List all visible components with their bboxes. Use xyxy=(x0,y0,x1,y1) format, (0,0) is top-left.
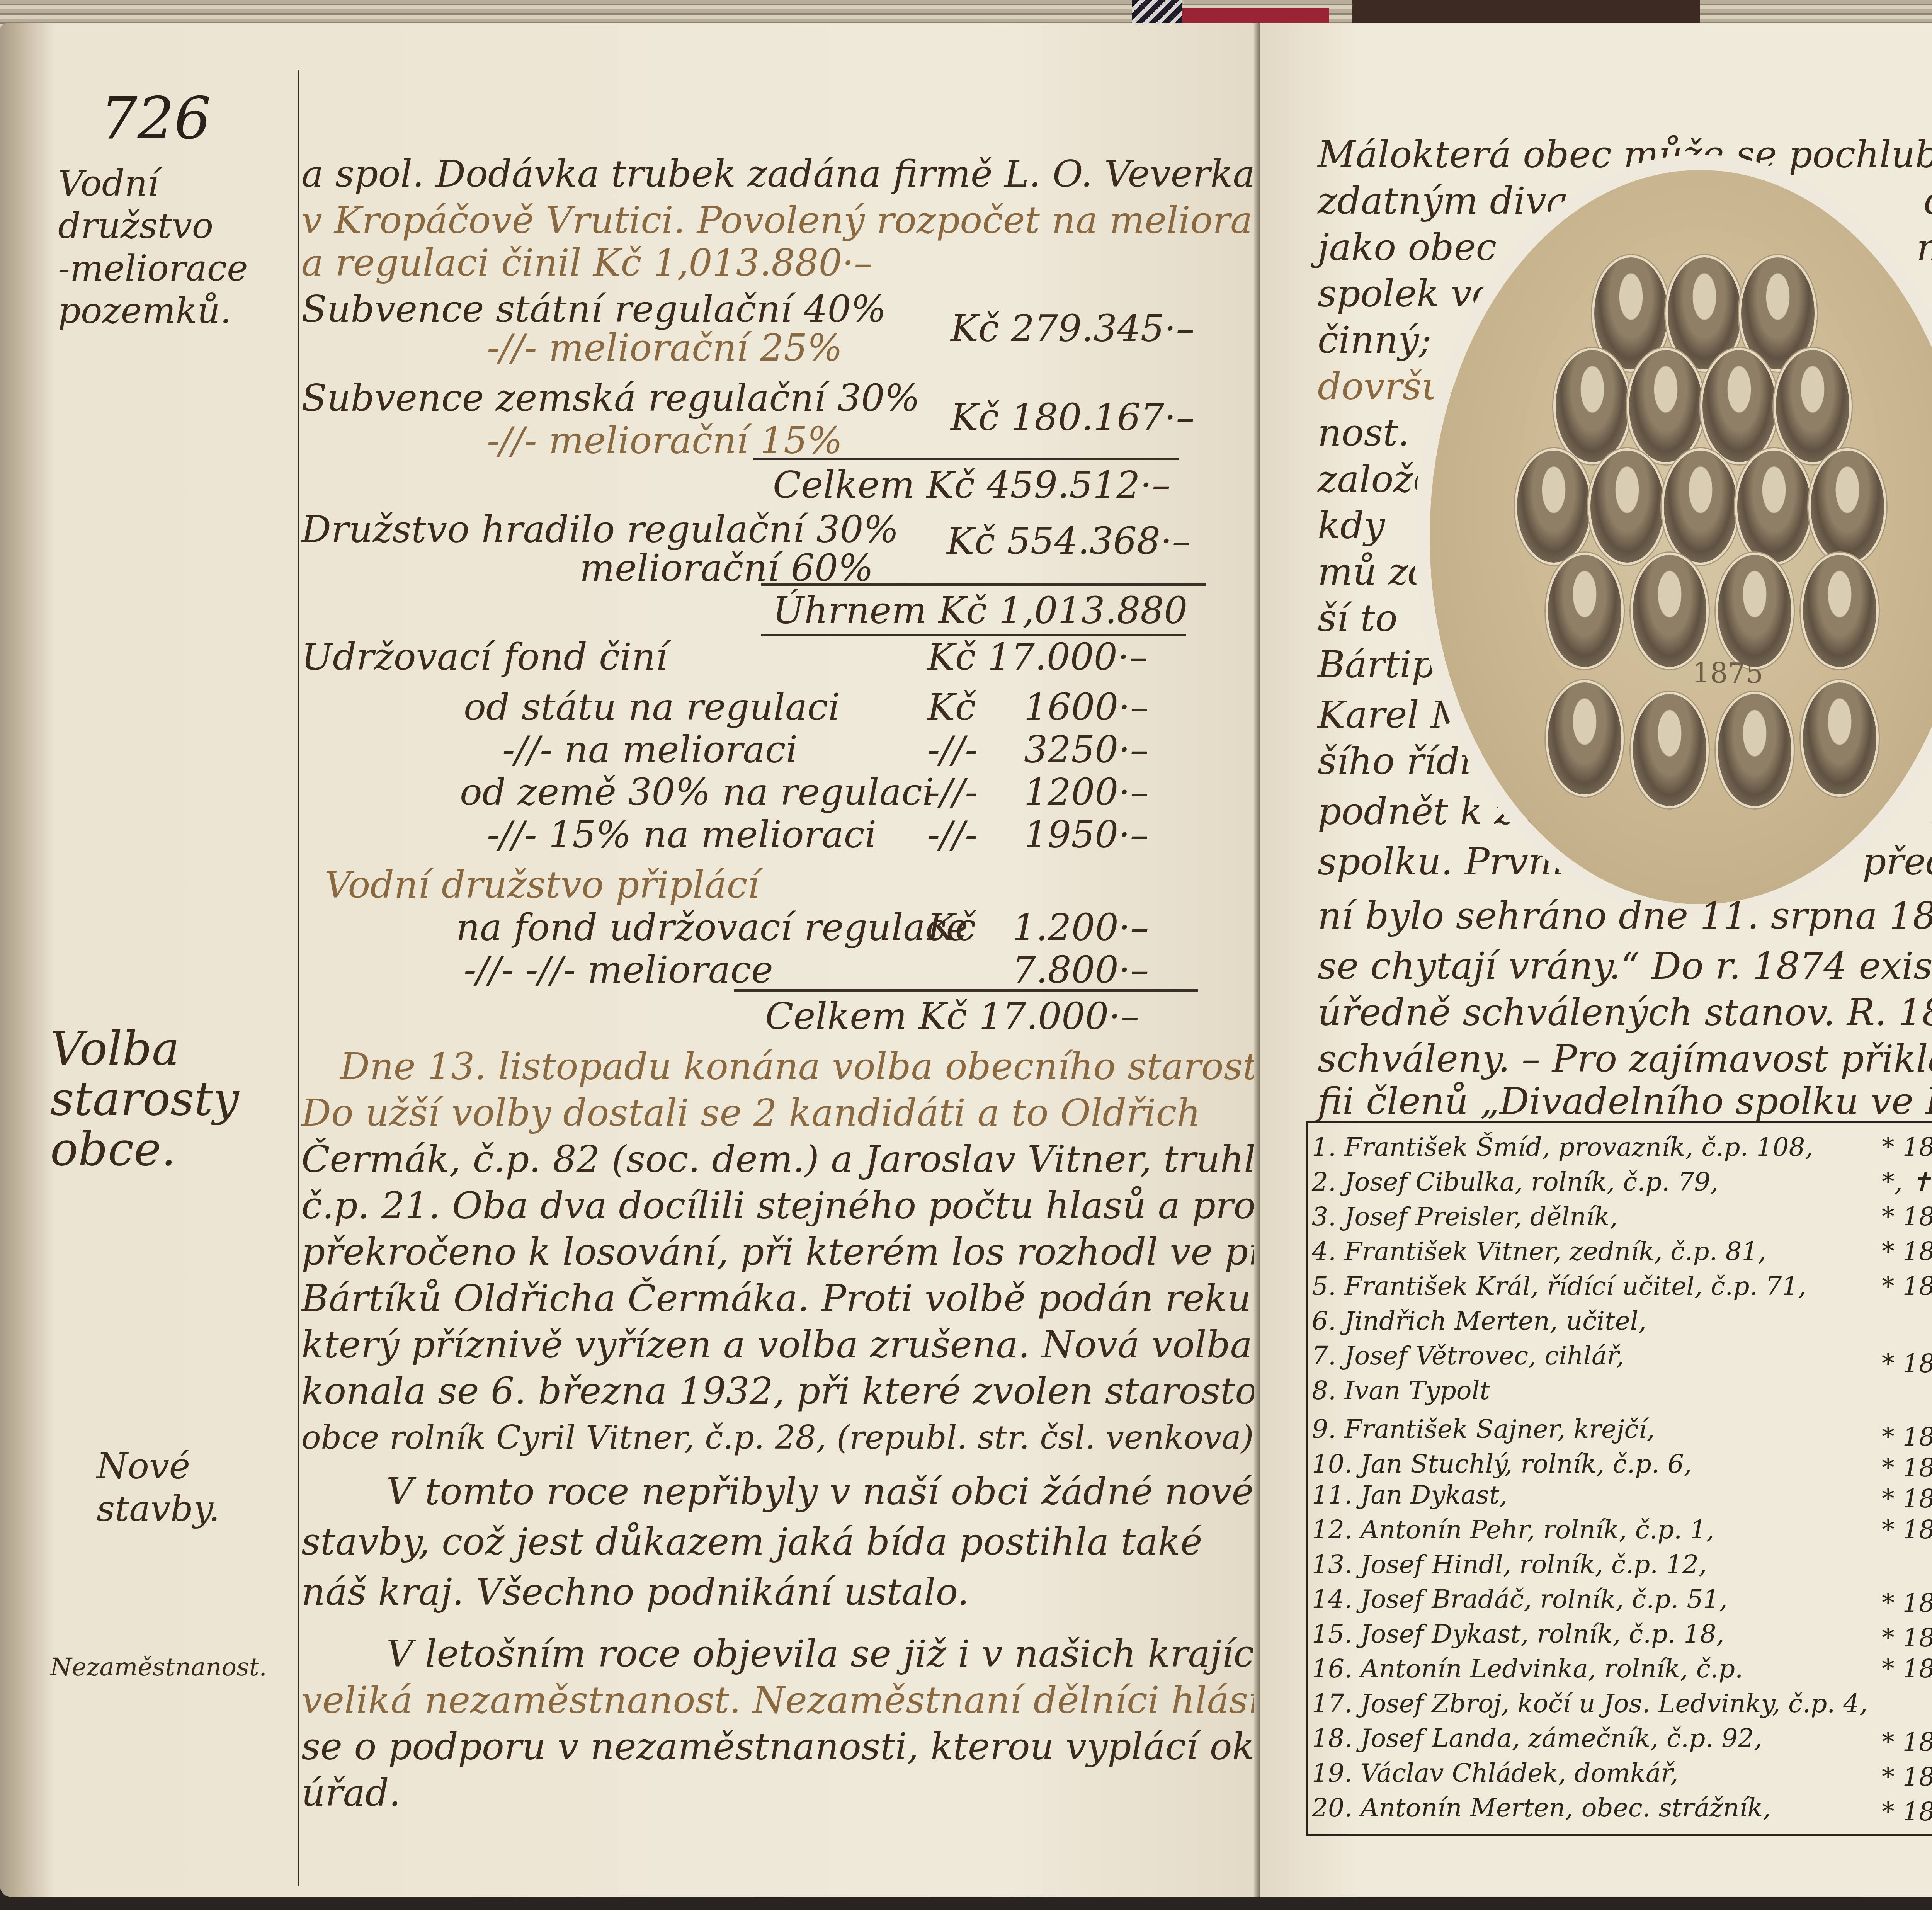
fund-row-value: 1950·– xyxy=(1024,811,1149,858)
text-line: fii členů „Divadelního spolku ve Hředlíc… xyxy=(1318,1078,1932,1124)
portrait-12 xyxy=(1808,448,1886,565)
text-line: Subvence zemská regulační 30% xyxy=(301,375,920,421)
member-entry: Josef Větrovec, cihlář, xyxy=(1344,1341,1624,1371)
table-row: 6. Jindřich Merten, učitel, xyxy=(1312,1306,1646,1336)
text-line: spolku. První xyxy=(1318,838,1564,885)
text-line: který příznivě vyřízen a volba zrušena. … xyxy=(301,1322,1252,1368)
born-year: * xyxy=(1882,1167,1895,1197)
table-row: 17. Josef Zbroj, kočí u Jos. Ledvinky, č… xyxy=(1312,1689,1867,1718)
text-line: spolek ve xyxy=(1318,270,1494,317)
member-entry: Josef Zbroj, kočí u Jos. Ledvinky, č.p. … xyxy=(1361,1689,1867,1718)
text-line: Vodní družstvo připlácí xyxy=(325,862,759,908)
text-line: zdatným diva- xyxy=(1318,178,1581,224)
text-line: Bártíků Oldřicha Čermáka. Proti volbě po… xyxy=(301,1275,1299,1322)
born-year: * 1838 xyxy=(1882,1762,1932,1792)
table-row: 1. František Šmíd, provazník, č.p. 108, xyxy=(1312,1132,1813,1162)
row-number: 3. xyxy=(1312,1202,1336,1231)
born-year: * 1850 xyxy=(1882,1654,1932,1684)
row-number: 15. xyxy=(1312,1619,1352,1649)
table-row-years: * 1850, ✝ 1919 xyxy=(1882,1654,1932,1684)
table-row: 16. Antonín Ledvinka, rolník, č.p. xyxy=(1312,1654,1743,1684)
left-margin-rule xyxy=(298,70,299,1886)
fund-row-currency: Kč xyxy=(927,684,976,730)
text-line: -//- -//- meliorace xyxy=(464,947,773,993)
text-line: překročeno k losování, při kterém los ro… xyxy=(301,1229,1398,1275)
table-row: 9. František Sajner, krejčí, xyxy=(1312,1414,1655,1444)
text-line: Málokterá obec může se pochlubiti tak st… xyxy=(1318,131,1932,178)
margin-note-mayor-election: Volba starosty obce. xyxy=(50,1024,239,1175)
table-row-years: * 1837, ✝ 1900 xyxy=(1882,1453,1932,1483)
text-line: schváleny. – Pro zajímavost přikládám fo… xyxy=(1318,1036,1932,1082)
member-entry: Josef Landa, zámečník, č.p. 92, xyxy=(1361,1723,1762,1753)
text-line: V tomto roce nepřibyly v naší obci žádné… xyxy=(386,1468,1253,1515)
text-line: -//- meliorační 15% xyxy=(487,417,842,464)
portrait-11 xyxy=(1735,448,1813,565)
table-row: 15. Josef Dykast, rolník, č.p. 18, xyxy=(1312,1619,1724,1649)
born-year: * 1837 xyxy=(1882,1453,1932,1483)
row-number: 6. xyxy=(1312,1306,1336,1336)
table-row-years: * 1841, ✝ 1879 xyxy=(1882,1271,1932,1301)
text-line: Čermák, č.p. 82 (soc. dem.) a Jaroslav V… xyxy=(301,1136,1303,1182)
row-number: 10. xyxy=(1312,1449,1352,1479)
table-row: 18. Josef Landa, zámečník, č.p. 92, xyxy=(1312,1723,1762,1753)
born-year: * 1836 xyxy=(1882,1484,1932,1514)
amount-fund-total: Kč 17.000·– xyxy=(927,634,1148,680)
row-number: 8. xyxy=(1312,1376,1336,1405)
row-number: 19. xyxy=(1312,1758,1352,1788)
fund-row-currency: -//- xyxy=(927,726,978,773)
member-entry: Josef Dykast, rolník, č.p. 18, xyxy=(1361,1619,1725,1649)
table-row-years: * 1848, ✝ 1928 xyxy=(1882,1132,1932,1162)
member-entry: Ivan Typolt xyxy=(1344,1376,1490,1405)
table-row: 12. Antonín Pehr, rolník, č.p. 1, xyxy=(1312,1515,1714,1544)
member-entry: Václav Chládek, domkář, xyxy=(1361,1758,1679,1788)
text-line: úředně schválených stanov. R. 1874 byly … xyxy=(1318,989,1932,1036)
table-row: 8. Ivan Typolt xyxy=(1312,1376,1490,1405)
text-line: stavby, což jest důkazem jaká bída posti… xyxy=(301,1519,1202,1565)
born-year: * 1848 xyxy=(1882,1132,1932,1162)
fund-row-currency: -//- xyxy=(927,811,978,858)
text-line: č.p. 21. Oba dva docílili stejného počtu… xyxy=(301,1182,1293,1229)
text-line: -//- meliorační 25% xyxy=(487,325,842,371)
row-number: 1. xyxy=(1312,1132,1336,1162)
row-number: 9. xyxy=(1312,1414,1336,1444)
table-row: 10. Jan Stuchlý, rolník, č.p. 6, xyxy=(1312,1449,1692,1479)
text-line: delním spolkem xyxy=(1924,178,1932,224)
row-number: 13. xyxy=(1312,1549,1352,1579)
margin-note-unemployment: Nezaměstnanost. xyxy=(50,1646,267,1689)
table-row: 3. Josef Preisler, dělník, xyxy=(1312,1202,1618,1231)
table-row-years: * 1827, ✝ 1907 xyxy=(1882,1422,1932,1452)
text-line: V letošním roce objevila se již i v naši… xyxy=(386,1631,1278,1677)
table-row: 5. František Král, řídící učitel, č.p. 7… xyxy=(1312,1271,1806,1301)
born-year: * 1839 xyxy=(1882,1727,1932,1757)
table-row: 14. Josef Bradáč, rolník, č.p. 51, xyxy=(1312,1584,1727,1614)
text-line: úřad. xyxy=(301,1770,401,1816)
margin-note-new-buildings: Nové stavby. xyxy=(97,1445,220,1530)
text-line: Do užší volby dostali se 2 kandidáti a t… xyxy=(301,1090,1201,1136)
table-row-years: * 1848, ✝ 1912 xyxy=(1882,1797,1932,1827)
photo-year-label: 1875 xyxy=(1692,657,1763,689)
member-entry: Josef Hindl, rolník, č.p. 12, xyxy=(1361,1549,1707,1579)
text-line: kdy xyxy=(1318,502,1385,549)
born-year: * 1841 xyxy=(1882,1623,1932,1653)
member-entry: František Sajner, krejčí, xyxy=(1344,1414,1655,1444)
born-year: * 1839 xyxy=(1882,1202,1932,1231)
member-entry: Antonín Pehr, rolník, č.p. 1, xyxy=(1361,1515,1714,1544)
member-entry: František Šmíd, provazník, č.p. 108, xyxy=(1344,1132,1813,1162)
table-row: 20. Antonín Merten, obec. strážník, xyxy=(1312,1793,1771,1823)
table-row-years: * 1845, ✝ 1926 xyxy=(1882,1236,1932,1266)
fund-row-value: 1200·– xyxy=(1024,769,1149,815)
text-line: -//- 15% na melioraci xyxy=(487,811,876,858)
page-number-left: 726 xyxy=(100,85,211,152)
born-year: * 1841 xyxy=(1882,1515,1932,1544)
portrait-8 xyxy=(1515,448,1593,565)
portrait-16 xyxy=(1801,553,1879,669)
table-row-years: * 1841, ✝ 1925 xyxy=(1882,1515,1932,1544)
death-year: ✝ 1920 xyxy=(1911,1167,1932,1197)
portrait-6 xyxy=(1700,348,1778,464)
row-number: 20. xyxy=(1312,1793,1352,1823)
born-year: * 1835 xyxy=(1882,1349,1932,1378)
portrait-5 xyxy=(1627,348,1705,464)
born-year: * 1841 xyxy=(1882,1271,1932,1301)
text-line: se o podporu v nezaměstnanosti, kterou v… xyxy=(301,1723,1349,1770)
portrait-9 xyxy=(1588,448,1666,565)
table-row: 11. Jan Dykast, xyxy=(1312,1480,1507,1510)
fund-row-value: 3250·– xyxy=(1024,726,1149,773)
table-row-years: * 1841, ✝ 1930 xyxy=(1882,1623,1932,1653)
member-entry: František Vitner, zedník, č.p. 81, xyxy=(1344,1236,1766,1266)
portrait-17 xyxy=(1546,680,1624,797)
text-line: Dne 13. listopadu konána volba obecního … xyxy=(340,1043,1286,1090)
text-line: představení divadel- xyxy=(1862,838,1932,885)
row-number: 7. xyxy=(1312,1341,1336,1371)
text-line: naše. Divadelní xyxy=(1917,224,1932,270)
coop-row-currency: Kč xyxy=(927,904,976,951)
table-row-years: * 1839, ✝ 1918 xyxy=(1882,1727,1932,1757)
text-line: náš kraj. Všechno podnikání ustalo. xyxy=(301,1569,969,1615)
sum-rule xyxy=(753,458,1179,460)
text-line: Udržovací fond činí xyxy=(301,634,667,680)
text-line: jako obec xyxy=(1318,224,1497,270)
sum-rule xyxy=(761,583,1206,586)
coop-row-value: 1.200·– xyxy=(1012,904,1149,951)
row-number: 11. xyxy=(1312,1480,1352,1510)
text-line-total: Celkem Kč 459.512·– xyxy=(773,462,1170,508)
table-row: 7. Josef Větrovec, cihlář, xyxy=(1312,1341,1624,1371)
table-row-years: * 1836, ✝ 1904 xyxy=(1882,1484,1932,1514)
amount-cooperative: Kč 554.368·– xyxy=(947,518,1191,564)
text-line: nost. xyxy=(1318,410,1410,456)
table-row-years: * 1838, ✝ 1905 xyxy=(1882,1762,1932,1792)
portrait-20 xyxy=(1801,680,1879,797)
table-row-years: * 1847, ✝ 1925 xyxy=(1882,1588,1932,1618)
table-row: 4. František Vitner, zedník, č.p. 81, xyxy=(1312,1236,1766,1266)
row-number: 4. xyxy=(1312,1236,1336,1266)
text-line: od státu na regulaci xyxy=(464,684,840,730)
text-line-grand-total: Úhrnem Kč 1,013.880 xyxy=(773,587,1187,634)
row-number: 14. xyxy=(1312,1584,1352,1614)
row-number: 2. xyxy=(1312,1167,1336,1197)
coop-row-value: 7.800·– xyxy=(1012,947,1149,993)
row-number: 5. xyxy=(1312,1271,1336,1301)
table-row: 19. Václav Chládek, domkář, xyxy=(1312,1758,1679,1788)
table-row-years: * 1839, ✝ 1886 xyxy=(1882,1202,1932,1231)
born-year: * 1847 xyxy=(1882,1588,1932,1618)
portrait-15 xyxy=(1716,553,1794,669)
born-year: * 1848 xyxy=(1882,1797,1932,1827)
portrait-19 xyxy=(1716,692,1794,808)
row-number: 18. xyxy=(1312,1723,1352,1753)
amount-state-subsidy: Kč 279.345·– xyxy=(951,305,1195,352)
table-row: 2. Josef Cibulka, rolník, č.p. 79, xyxy=(1312,1167,1718,1197)
text-line: -//- na melioraci xyxy=(502,726,798,773)
portrait-4 xyxy=(1553,348,1631,464)
table-row-years: * 1835, ✝ 1889 xyxy=(1882,1349,1932,1378)
text-line: veliká nezaměstnanost. Nezaměstnaní děln… xyxy=(301,1677,1260,1723)
text-line: a regulaci činil Kč 1,013.880·– xyxy=(301,240,872,286)
born-year: * 1827 xyxy=(1882,1422,1932,1452)
row-number: 12. xyxy=(1312,1515,1352,1544)
row-number: 16. xyxy=(1312,1654,1352,1684)
portrait-18 xyxy=(1631,692,1709,808)
born-year: * 1845 xyxy=(1882,1236,1932,1266)
portrait-13 xyxy=(1546,553,1624,669)
text-line: ní bylo sehráno dne 11. srpna 1867 a to … xyxy=(1318,893,1932,939)
member-entry: Josef Preisler, dělník, xyxy=(1344,1202,1618,1231)
text-line: konala se 6. března 1932, při které zvol… xyxy=(301,1368,1281,1414)
text-line: a spol. Dodávka trubek zadána firmě L. O… xyxy=(301,151,1255,197)
member-entry: Antonín Ledvinka, rolník, č.p. xyxy=(1361,1654,1743,1684)
portrait-10 xyxy=(1662,448,1740,565)
text-line: na fond udržovací regulace xyxy=(456,904,968,951)
margin-note-water-coop: Vodní družstvo -meliorace pozemků. xyxy=(58,162,248,332)
fund-row-currency: -//- xyxy=(927,769,978,815)
row-number: 17. xyxy=(1312,1689,1352,1718)
member-entry: František Král, řídící učitel, č.p. 71, xyxy=(1344,1271,1806,1301)
text-line: ší to xyxy=(1318,595,1398,641)
member-entry: Josef Bradáč, rolník, č.p. 51, xyxy=(1361,1584,1728,1614)
text-line: od země 30% na regulaci xyxy=(460,769,934,815)
member-entry: Jindřich Merten, učitel, xyxy=(1344,1306,1646,1336)
member-entry: Jan Dykast, xyxy=(1361,1480,1507,1510)
table-row-years: *, ✝ 1920 xyxy=(1882,1167,1932,1197)
member-entry: Josef Cibulka, rolník, č.p. 79, xyxy=(1344,1167,1718,1197)
fund-row-value: 1600·– xyxy=(1024,684,1149,730)
text-line: v Kropáčově Vrutici. Povolený rozpočet n… xyxy=(301,197,1285,243)
member-entry: Jan Stuchlý, rolník, č.p. 6, xyxy=(1361,1449,1692,1479)
portrait-7 xyxy=(1774,348,1852,464)
text-line: obce rolník Cyril Vitner, č.p. 28, (repu… xyxy=(301,1414,1254,1461)
amount-land-subsidy: Kč 180.167·– xyxy=(951,394,1195,441)
text-line: se chytají vrány.“ Do r. 1874 existoval … xyxy=(1318,943,1932,989)
member-entry: Antonín Merten, obec. strážník, xyxy=(1361,1793,1771,1823)
sum-rule xyxy=(734,989,1198,992)
text-line: činný; xyxy=(1318,317,1432,363)
table-row: 13. Josef Hindl, rolník, č.p. 12, xyxy=(1312,1549,1707,1579)
text-line-total: Celkem Kč 17.000·– xyxy=(765,993,1139,1039)
portrait-14 xyxy=(1631,553,1709,669)
